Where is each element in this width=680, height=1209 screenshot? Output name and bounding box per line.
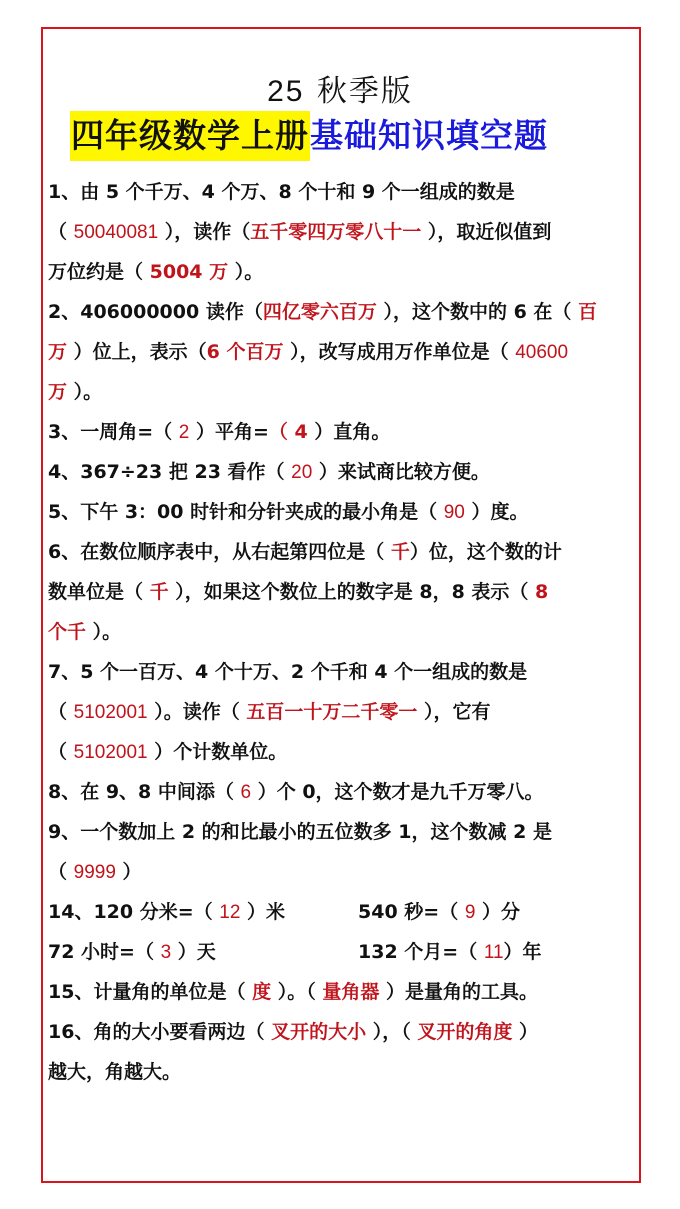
text: ），这个数中的 6 在（ (377, 301, 578, 323)
answer: 9999 (74, 862, 116, 883)
text: 9、一个数加上 2 的和比最小的五位数多 1，这个数减 2 是 (48, 821, 552, 843)
text: 132 个月=（ (358, 941, 484, 963)
text: ）个 0，这个数才是九千万零八。 (251, 781, 543, 803)
q14-item-sec: 540 秒=（ 9 ）分 (358, 892, 520, 933)
answer: 千 (391, 541, 410, 563)
text: ） (116, 861, 142, 883)
q9-line1: 9、一个数加上 2 的和比最小的五位数多 1，这个数减 2 是 (48, 812, 638, 852)
text: ）年 (504, 941, 542, 963)
q7-line2: （ 5102001 ）。读作（ 五百一十万二千零一 ），它有 (48, 692, 638, 732)
q1-line2: （ 50040081 ），读作（五千零四万零八十一 ），取近似值到 (48, 212, 638, 252)
text: ），读作（ (158, 221, 250, 243)
answer: 万 (48, 341, 67, 363)
q6-line2: 数单位是（ 千 ），如果这个数位上的数字是 8，8 表示（ 8 (48, 572, 638, 612)
text: ）直角。 (308, 421, 391, 443)
q8-line: 8、在 9、8 中间添（ 6 ）个 0，这个数才是九千万零八。 (48, 772, 638, 812)
answer: 百 (578, 301, 597, 323)
q2-line3: 万 ）。 (48, 372, 638, 412)
text: ）度。 (465, 501, 529, 523)
text: （ (48, 861, 74, 883)
answer: 20 (291, 462, 312, 483)
title-highlighted: 四年级数学上册 (70, 111, 310, 161)
q15-line: 15、计量角的单位是（ 度 ）。（ 量角器 ）是量角的工具。 (48, 972, 638, 1012)
main-title: 四年级数学上册基础知识填空题 (70, 111, 548, 161)
text: 16、角的大小要看两边（ (48, 1021, 271, 1043)
q2-line1: 2、406000000 读作（四亿零六百万 ），这个数中的 6 在（ 百 (48, 292, 638, 332)
q1-line3: 万位约是（ 5004 万 ）。 (48, 252, 638, 292)
text: 8、在 9、8 中间添（ (48, 781, 241, 803)
q14-item-hours: 72 小时=（ 3 ）天 (48, 941, 216, 963)
answer: 万 (48, 381, 67, 403)
answer: 度 (252, 981, 271, 1003)
q1-line1: 1、由 5 个千万、4 个万、8 个十和 9 个一组成的数是 (48, 172, 638, 212)
text: 越大，角越大。 (48, 1061, 181, 1083)
answer: 6 个百万 (207, 341, 284, 363)
q14-row2: 72 小时=（ 3 ）天 132 个月=（ 11）年 (48, 932, 638, 972)
text: （ (48, 701, 74, 723)
q14-row1: 14、120 分米=（ 12 ）米 540 秒=（ 9 ）分 (48, 892, 638, 932)
answer: 40600 (515, 342, 568, 363)
answer: 11 (484, 942, 504, 963)
text: 15、计量角的单位是（ (48, 981, 252, 1003)
text: ）。 (228, 261, 263, 283)
text: ）位上，表示（ (67, 341, 207, 363)
answer: 5102001 (74, 742, 148, 763)
answer: 2 (179, 422, 190, 443)
text: （ (48, 221, 74, 243)
text: 14、120 分米=（ (48, 901, 219, 923)
answer: 50040081 (74, 222, 159, 243)
q6-line3: 个千 ）。 (48, 612, 638, 652)
answer: 五百一十万二千零一 (246, 701, 417, 723)
text: ），（ (366, 1021, 417, 1043)
text: ）平角= (189, 421, 269, 443)
text: 5、下午 3：00 时针和分针夹成的最小角是（ (48, 501, 444, 523)
title-blue: 基础知识填空题 (310, 111, 548, 161)
edition-number: 25 (267, 75, 304, 108)
text: ）是量角的工具。 (379, 981, 538, 1003)
text: （ (48, 741, 74, 763)
q14-item-dm: 14、120 分米=（ 12 ）米 (48, 901, 285, 923)
text: ），改写成用万作单位是（ (283, 341, 515, 363)
text: 2、406000000 读作（ (48, 301, 263, 323)
text: ）来试商比较方便。 (312, 461, 490, 483)
text: ）分 (475, 901, 520, 923)
text: ）。 (86, 621, 121, 643)
text: ） (512, 1021, 538, 1043)
answer: 5004 万 (150, 261, 229, 283)
answer: 四亿零六百万 (263, 301, 377, 323)
text: 7、5 个一百万、4 个十万、2 个千和 4 个一组成的数是 (48, 661, 527, 683)
q7-line1: 7、5 个一百万、4 个十万、2 个千和 4 个一组成的数是 (48, 652, 638, 692)
answer: 8 (535, 581, 548, 603)
answer: 5102001 (74, 702, 148, 723)
text: 3、一周角=（ (48, 421, 179, 443)
text: ）天 (171, 941, 216, 963)
q6-line1: 6、在数位顺序表中，从右起第四位是（ 千）位，这个数的计 (48, 532, 638, 572)
answer: 量角器 (322, 981, 379, 1003)
q16-line2: 越大，角越大。 (48, 1052, 638, 1092)
answer: 叉开的大小 (271, 1021, 366, 1043)
text: ）。 (67, 381, 102, 403)
q5-line: 5、下午 3：00 时针和分针夹成的最小角是（ 90 ）度。 (48, 492, 638, 532)
answer: 90 (444, 502, 465, 523)
text: 数单位是（ (48, 581, 150, 603)
text: ），取近似值到 (421, 221, 551, 243)
text: 1、由 5 个千万、4 个万、8 个十和 9 个一组成的数是 (48, 181, 515, 203)
text: ）位，这个数的计 (410, 541, 562, 563)
answer: 12 (219, 902, 240, 923)
text: ）。（ (271, 981, 322, 1003)
answer: 千 (150, 581, 169, 603)
edition-text: 秋季版 (317, 74, 413, 109)
q7-line3: （ 5102001 ）个计数单位。 (48, 732, 638, 772)
q4-line: 4、367÷23 把 23 看作（ 20 ）来试商比较方便。 (48, 452, 638, 492)
answer: 3 (161, 942, 172, 963)
answer: 6 (241, 782, 252, 803)
text: ）。读作（ (148, 701, 247, 723)
text: 万位约是（ (48, 261, 150, 283)
edition-title: 25 秋季版 (0, 66, 680, 110)
q14-item-months: 132 个月=（ 11）年 (358, 932, 542, 973)
q3-line: 3、一周角=（ 2 ）平角=（ 4 ）直角。 (48, 412, 638, 452)
answer: （ 4 (269, 421, 308, 443)
text: 6、在数位顺序表中，从右起第四位是（ (48, 541, 391, 563)
q16-line1: 16、角的大小要看两边（ 叉开的大小 ），（ 叉开的角度 ） (48, 1012, 638, 1052)
text: 72 小时=（ (48, 941, 161, 963)
q2-line2: 万 ）位上，表示（6 个百万 ），改写成用万作单位是（ 40600 (48, 332, 638, 372)
q9-line2: （ 9999 ） (48, 852, 638, 892)
text: ）个计数单位。 (148, 741, 288, 763)
text: 4、367÷23 把 23 看作（ (48, 461, 291, 483)
text: ），它有 (417, 701, 490, 723)
answer: 9 (465, 902, 476, 923)
answer: 叉开的角度 (417, 1021, 512, 1043)
question-list: 1、由 5 个千万、4 个万、8 个十和 9 个一组成的数是 （ 5004008… (48, 172, 638, 1092)
text: 540 秒=（ (358, 901, 465, 923)
answer: 个千 (48, 621, 86, 643)
text: ）米 (240, 901, 285, 923)
text: ），如果这个数位上的数字是 8，8 表示（ (169, 581, 535, 603)
answer: 五千零四万零八十一 (250, 221, 421, 243)
